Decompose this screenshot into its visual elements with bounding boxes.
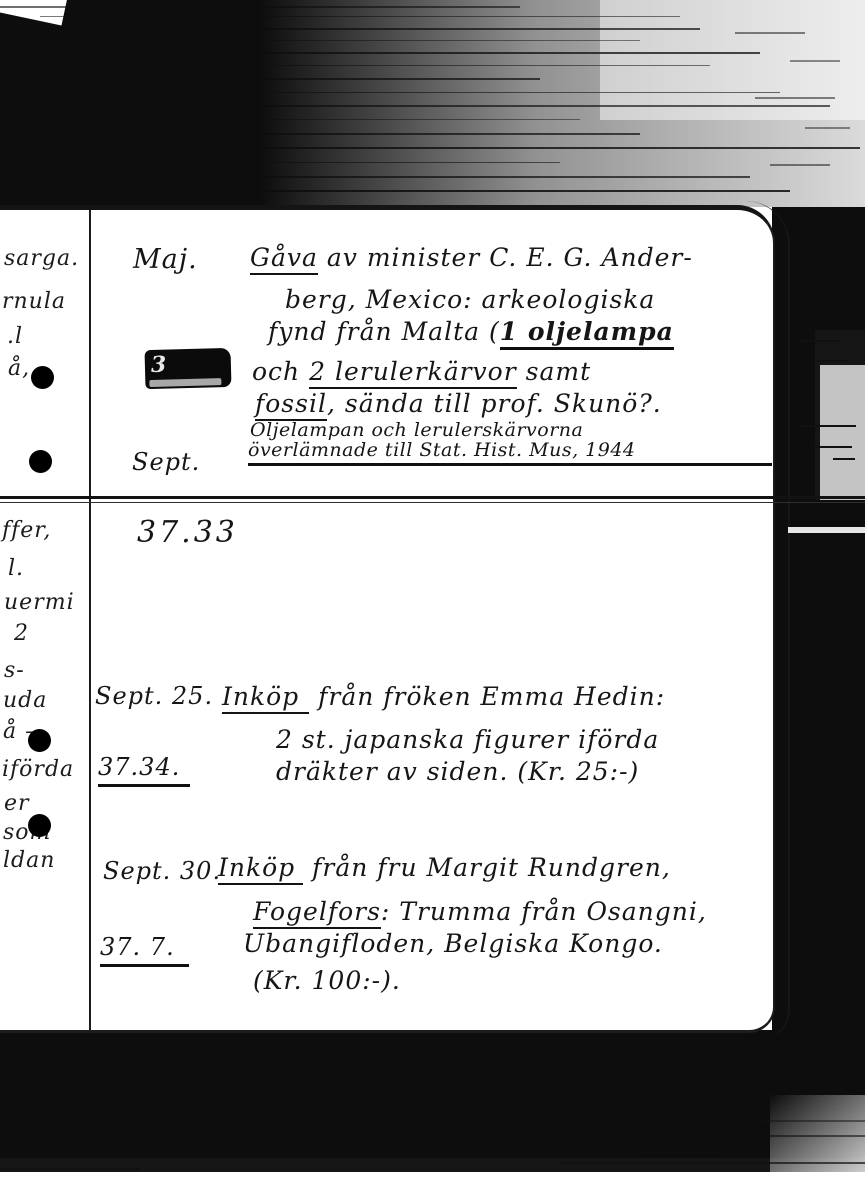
entry-line: dräkter av siden. (Kr. 25:-) — [276, 757, 639, 787]
entry-line: (Kr. 100:-). — [253, 966, 401, 996]
margin-fragment: s- — [4, 658, 25, 683]
stamp-smudge — [149, 378, 221, 387]
entry-date: Sept. 30. — [103, 857, 221, 885]
margin-fragment: sarga. — [4, 246, 79, 271]
hole-punch-dot — [28, 729, 51, 752]
scanned-ledger-document: sarga. rnula .l å, ffer, l. uermi 2 s- u… — [0, 0, 865, 1200]
section-divider-shadow — [0, 502, 865, 503]
underlined-word: Gåva — [250, 243, 318, 275]
underlined-word: Fogelfors — [253, 897, 381, 929]
entry-line: Inköp från fru Margit Rundgren, — [218, 853, 671, 883]
accession-number: 37. 7. — [100, 933, 189, 967]
entry-line: Oljelampan och lerulerskärvorna — [250, 419, 583, 441]
line-text: fynd från Malta ( — [268, 317, 500, 346]
margin-column-rule — [89, 210, 91, 1030]
entry-date: Sept. 25. — [95, 682, 213, 710]
underlined-word: 2 lerulerkärvor — [309, 357, 517, 389]
entry-line: Inköp från fröken Emma Hedin: — [222, 682, 665, 712]
underlined-word: 1 oljelampa — [500, 317, 674, 350]
line-text: samt — [517, 357, 591, 386]
margin-fragment: l. — [8, 556, 24, 581]
underlined-word: fossil — [255, 389, 327, 421]
month-label-sept: Sept. — [132, 448, 200, 476]
margin-fragment: ldan — [3, 848, 55, 873]
line-text: , sända till prof. Skunö?. — [327, 389, 662, 418]
margin-fragment: uda — [3, 688, 47, 713]
entry-line: överlämnade till Stat. Hist. Mus, 1944 — [248, 439, 772, 466]
month-label-maj: Maj. — [133, 244, 198, 275]
line-text: överlämnade till Stat. Hist. Mus, 1944 — [248, 439, 636, 461]
margin-fragment: 2 — [14, 621, 29, 646]
underlined-word: Inköp — [222, 682, 309, 714]
hole-punch-dot — [31, 366, 54, 389]
margin-fragment: iförda — [2, 757, 74, 782]
accession-number: 37.34. — [98, 753, 190, 787]
line-text: och — [252, 357, 309, 386]
entry-line: fynd från Malta (1 oljelampa — [268, 317, 674, 347]
line-text: från fru Margit Rundgren, — [303, 853, 671, 882]
hole-punch-dot — [29, 450, 52, 473]
ledger-page: sarga. rnula .l å, ffer, l. uermi 2 s- u… — [0, 205, 775, 1033]
entry-line: fossil, sända till prof. Skunö?. — [255, 389, 662, 419]
margin-fragment: ffer, — [2, 518, 51, 543]
margin-fragment: .l — [7, 324, 23, 349]
entry-line: Gåva av minister C. E. G. Ander- — [250, 243, 693, 273]
line-text: av minister C. E. G. Ander- — [318, 243, 693, 272]
hole-punch-dot — [28, 814, 51, 837]
entry-line: berg, Mexico: arkeologiska — [285, 285, 655, 315]
line-text: : Trumma från Osangni, — [381, 897, 707, 926]
margin-fragment: uermi — [4, 590, 75, 615]
entry-line: Fogelfors: Trumma från Osangni, — [253, 897, 707, 927]
section-divider — [0, 496, 865, 499]
margin-fragment: er — [4, 791, 30, 816]
entry-line: 2 st. japanska figurer iförda — [276, 725, 659, 755]
accession-number: 37.33 — [137, 515, 238, 550]
margin-fragment: å, — [8, 356, 30, 381]
entry-line: Ubangifloden, Belgiska Kongo. — [243, 929, 663, 959]
underlined-word: Inköp — [218, 853, 303, 885]
stamp-digit: 3 — [151, 354, 167, 376]
margin-fragment: rnula — [2, 289, 66, 314]
entry-line: och 2 lerulerkärvor samt — [252, 357, 591, 387]
obliterated-stamp: 3 — [145, 348, 232, 389]
line-text: från fröken Emma Hedin: — [309, 682, 665, 711]
